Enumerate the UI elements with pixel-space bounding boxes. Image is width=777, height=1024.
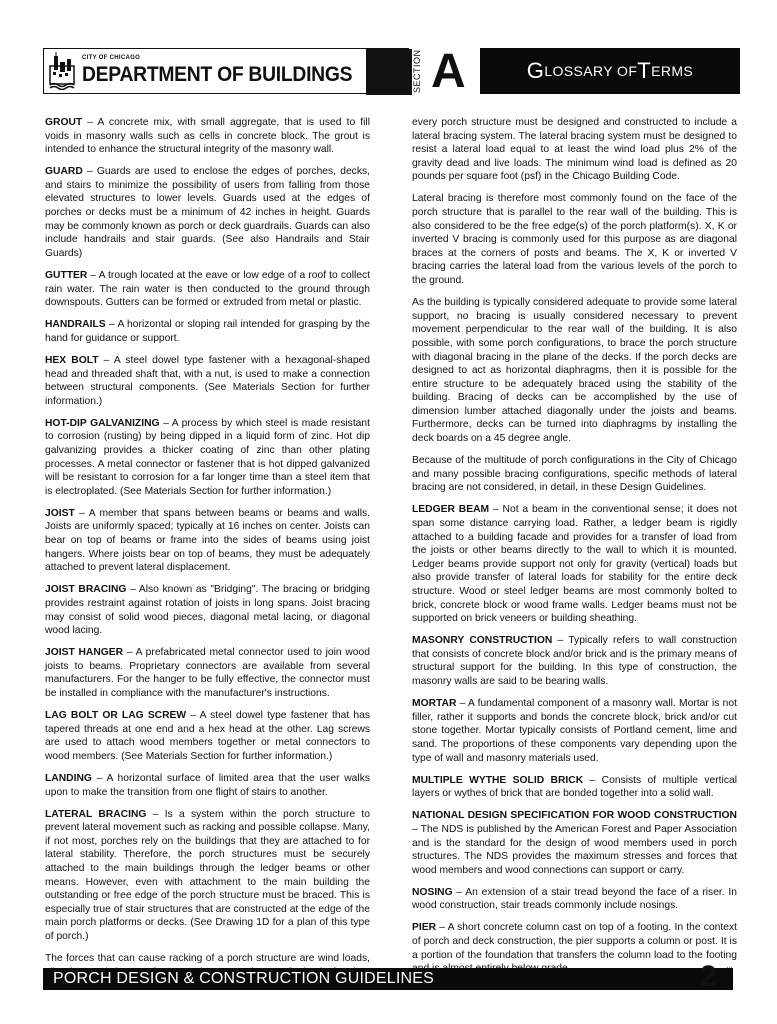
title-initial-t: T [637,58,651,84]
glossary-term: JOIST HANGER [45,647,123,658]
banner-black-block [366,49,412,95]
glossary-term: NATIONAL DESIGN SPECIFICATION FOR WOOD C… [412,810,737,821]
section-label: SECTION [412,48,424,94]
glossary-definition: As the building is typically considered … [412,297,737,444]
glossary-term: HOT-DIP GALVANIZING [45,418,160,429]
glossary-term: JOIST [45,508,75,519]
glossary-definition: – A member that spans between beams or b… [45,508,370,573]
glossary-entry: MORTAR – A fundamental component of a ma… [412,697,737,765]
glossary-entry: JOIST BRACING – Also known as "Bridging"… [45,583,370,637]
glossary-paragraph: Lateral bracing is therefore most common… [412,192,737,287]
glossary-definition: – Guards are used to enclose the edges o… [45,166,370,259]
chicago-skyline-logo-icon [49,52,75,90]
glossary-entry: JOIST – A member that spans between beam… [45,507,370,575]
glossary-definition: – A short concrete column cast on top of… [412,922,737,974]
glossary-definition: – A process by which steel is made resis… [45,418,370,497]
glossary-term: MULTIPLE WYTHE SOLID BRICK [412,775,583,786]
glossary-term: LANDING [45,773,92,784]
glossary-definition: – Is a system within the porch structure… [45,809,370,942]
page-number: 2 [700,962,717,992]
glossary-definition: – A fundamental component of a masonry w… [412,698,737,763]
section-letter: A [431,44,466,99]
glossary-term: LAG BOLT OR LAG SCREW [45,710,186,721]
glossary-term: HEX BOLT [45,355,99,366]
glossary-entry: LEDGER BEAM – Not a beam in the conventi… [412,503,737,625]
glossary-entry: LANDING – A horizontal surface of limite… [45,772,370,799]
title-initial-g: G [527,58,545,84]
city-label: CITY OF CHICAGO [82,55,140,61]
glossary-term: GROUT [45,117,82,128]
glossary-term: GUTTER [45,270,87,281]
left-column: GROUT – A concrete mix, with small aggre… [45,116,370,1001]
title-text-lossary-of: LOSSARY OF [544,63,637,79]
page-label: PAGE [727,966,734,987]
page-title: GLOSSARY OF TERMS [480,48,740,94]
glossary-term: NOSING [412,887,453,898]
title-text-erms: ERMS [651,63,693,79]
glossary-entry: LAG BOLT OR LAG SCREW – A steel dowel ty… [45,709,370,763]
glossary-term: HANDRAILS [45,319,106,330]
department-name: DEPARTMENT OF BUILDINGS [82,63,352,87]
glossary-definition: – A concrete mix, with small aggregate, … [45,117,370,155]
glossary-entry: MULTIPLE WYTHE SOLID BRICK – Consists of… [412,774,737,801]
glossary-entry: HANDRAILS – A horizontal or sloping rail… [45,318,370,345]
footer-banner: PORCH DESIGN & CONSTRUCTION GUIDELINES [43,968,733,990]
glossary-entry: LATERAL BRACING – Is a system within the… [45,808,370,944]
glossary-term: MASONRY CONSTRUCTION [412,635,552,646]
glossary-entry: MASONRY CONSTRUCTION – Typically refers … [412,634,737,688]
glossary-entry: JOIST HANGER – A prefabricated metal con… [45,646,370,700]
glossary-entry: GROUT – A concrete mix, with small aggre… [45,116,370,157]
glossary-term: MORTAR [412,698,456,709]
glossary-paragraph: every porch structure must be designed a… [412,116,737,184]
glossary-term: JOIST BRACING [45,584,126,595]
glossary-definition: – Not a beam in the conventional sense; … [412,504,737,624]
glossary-definition: – A horizontal surface of limited area t… [45,773,370,798]
glossary-term: PIER [412,922,436,933]
glossary-entry: GUTTER – A trough located at the eave or… [45,269,370,310]
glossary-definition: every porch structure must be designed a… [412,117,737,182]
glossary-entry: GUARD – Guards are used to enclose the e… [45,165,370,260]
right-column: every porch structure must be designed a… [412,116,737,984]
glossary-term: LATERAL BRACING [45,809,146,820]
glossary-paragraph: As the building is typically considered … [412,296,737,446]
glossary-definition: – An extension of a stair tread beyond t… [412,887,737,912]
glossary-entry: HEX BOLT – A steel dowel type fastener w… [45,354,370,408]
glossary-term: GUARD [45,166,83,177]
glossary-definition: Lateral bracing is therefore most common… [412,193,737,286]
footer-title: PORCH DESIGN & CONSTRUCTION GUIDELINES [53,970,434,988]
page-header: CITY OF CHICAGO DEPARTMENT OF BUILDINGS … [43,48,740,96]
glossary-definition: Because of the multitude of porch config… [412,455,737,493]
glossary-definition: – A trough located at the eave or low ed… [45,270,370,308]
glossary-paragraph: Because of the multitude of porch config… [412,454,737,495]
glossary-entry: NATIONAL DESIGN SPECIFICATION FOR WOOD C… [412,809,737,877]
glossary-entry: NOSING – An extension of a stair tread b… [412,886,737,913]
glossary-entry: HOT-DIP GALVANIZING – A process by which… [45,417,370,499]
department-banner: CITY OF CHICAGO DEPARTMENT OF BUILDINGS [43,48,409,94]
glossary-term: LEDGER BEAM [412,504,489,515]
glossary-definition: – The NDS is published by the American F… [412,824,737,876]
